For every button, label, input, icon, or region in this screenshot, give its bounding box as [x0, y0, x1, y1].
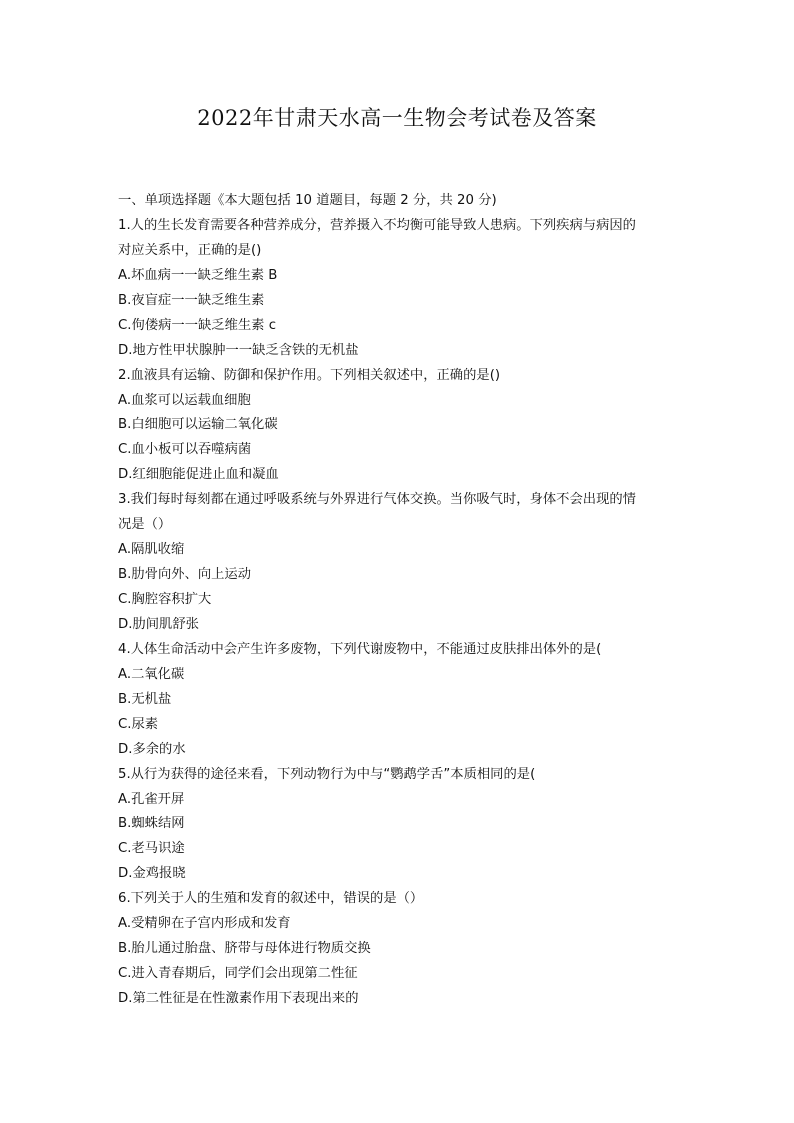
- question-4: 4.人体生命活动中会产生许多废物，下列代谢废物中，不能通过皮肤排出体外的是( A…: [118, 638, 688, 763]
- question-6: 6.下列关于人的生殖和发育的叙述中，错误的是（） A.受精卵在子宫内形成和发育 …: [118, 887, 688, 1012]
- question-stem-line: 2.血液具有运输、防御和保护作用。下列相关叙述中，正确的是(): [118, 364, 688, 389]
- option-b: B.夜盲症一一缺乏维生素: [118, 289, 688, 314]
- option-b: B.无机盐: [118, 688, 688, 713]
- question-5: 5.从行为获得的途径来看，下列动物行为中与“鹦鹉学舌”本质相同的是( A.孔雀开…: [118, 763, 688, 888]
- option-d: D.红细胞能促进止血和凝血: [118, 463, 688, 488]
- option-d: D.金鸡报晓: [118, 862, 688, 887]
- document-page: 2022年甘肃天水高一生物会考试卷及答案 一、单项选择题《本大题包括 10 道题…: [0, 0, 794, 1123]
- option-d: D.肋间肌舒张: [118, 613, 688, 638]
- option-a: A.受精卵在子宫内形成和发育: [118, 912, 688, 937]
- question-stem-line: 4.人体生命活动中会产生许多废物，下列代谢废物中，不能通过皮肤排出体外的是(: [118, 638, 688, 663]
- question-stem-line: 3.我们每时每刻都在通过呼吸系统与外界进行气体交换。当你吸气时，身体不会出现的情: [118, 488, 688, 513]
- option-b: B.白细胞可以运输二氧化碳: [118, 413, 688, 438]
- option-a: A.血浆可以运载血细胞: [118, 389, 688, 414]
- document-body: 一、单项选择题《本大题包括 10 道题目，每题 2 分，共 20 分) 1.人的…: [118, 189, 688, 1012]
- option-d: D.第二性征是在性激素作用下表现出来的: [118, 987, 688, 1012]
- option-d: D.地方性甲状腺肿一一缺乏含铁的无机盐: [118, 339, 688, 364]
- option-c: C.胸腔容积扩大: [118, 588, 688, 613]
- question-stem-line: 6.下列关于人的生殖和发育的叙述中，错误的是（）: [118, 887, 688, 912]
- question-stem-line: 对应关系中，正确的是(): [118, 239, 688, 264]
- option-c: C.尿素: [118, 713, 688, 738]
- question-1: 1.人的生长发育需要各种营养成分，营养摄入不均衡可能导致人患病。下列疾病与病因的…: [118, 214, 688, 364]
- option-c: C.进入青春期后，同学们会出现第二性征: [118, 962, 688, 987]
- question-stem-line: 况是（）: [118, 513, 688, 538]
- section-heading: 一、单项选择题《本大题包括 10 道题目，每题 2 分，共 20 分): [118, 189, 688, 214]
- question-stem-line: 1.人的生长发育需要各种营养成分，营养摄入不均衡可能导致人患病。下列疾病与病因的: [118, 214, 688, 239]
- question-3: 3.我们每时每刻都在通过呼吸系统与外界进行气体交换。当你吸气时，身体不会出现的情…: [118, 488, 688, 638]
- question-2: 2.血液具有运输、防御和保护作用。下列相关叙述中，正确的是() A.血浆可以运载…: [118, 364, 688, 489]
- option-c: C.血小板可以吞噬病菌: [118, 438, 688, 463]
- option-b: B.肋骨向外、向上运动: [118, 563, 688, 588]
- option-d: D.多余的水: [118, 738, 688, 763]
- option-b: B.胎儿通过胎盘、脐带与母体进行物质交换: [118, 937, 688, 962]
- question-stem-line: 5.从行为获得的途径来看，下列动物行为中与“鹦鹉学舌”本质相同的是(: [118, 763, 688, 788]
- option-c: C.老马识途: [118, 837, 688, 862]
- option-a: A.孔雀开屏: [118, 788, 688, 813]
- option-a: A.坏血病一一缺乏维生素 B: [118, 264, 688, 289]
- option-a: A.隔肌收缩: [118, 538, 688, 563]
- option-b: B.蜘蛛结网: [118, 812, 688, 837]
- option-c: C.佝偻病一一缺乏维生素 c: [118, 314, 688, 339]
- option-a: A.二氧化碳: [118, 663, 688, 688]
- document-title: 2022年甘肃天水高一生物会考试卷及答案: [0, 103, 794, 133]
